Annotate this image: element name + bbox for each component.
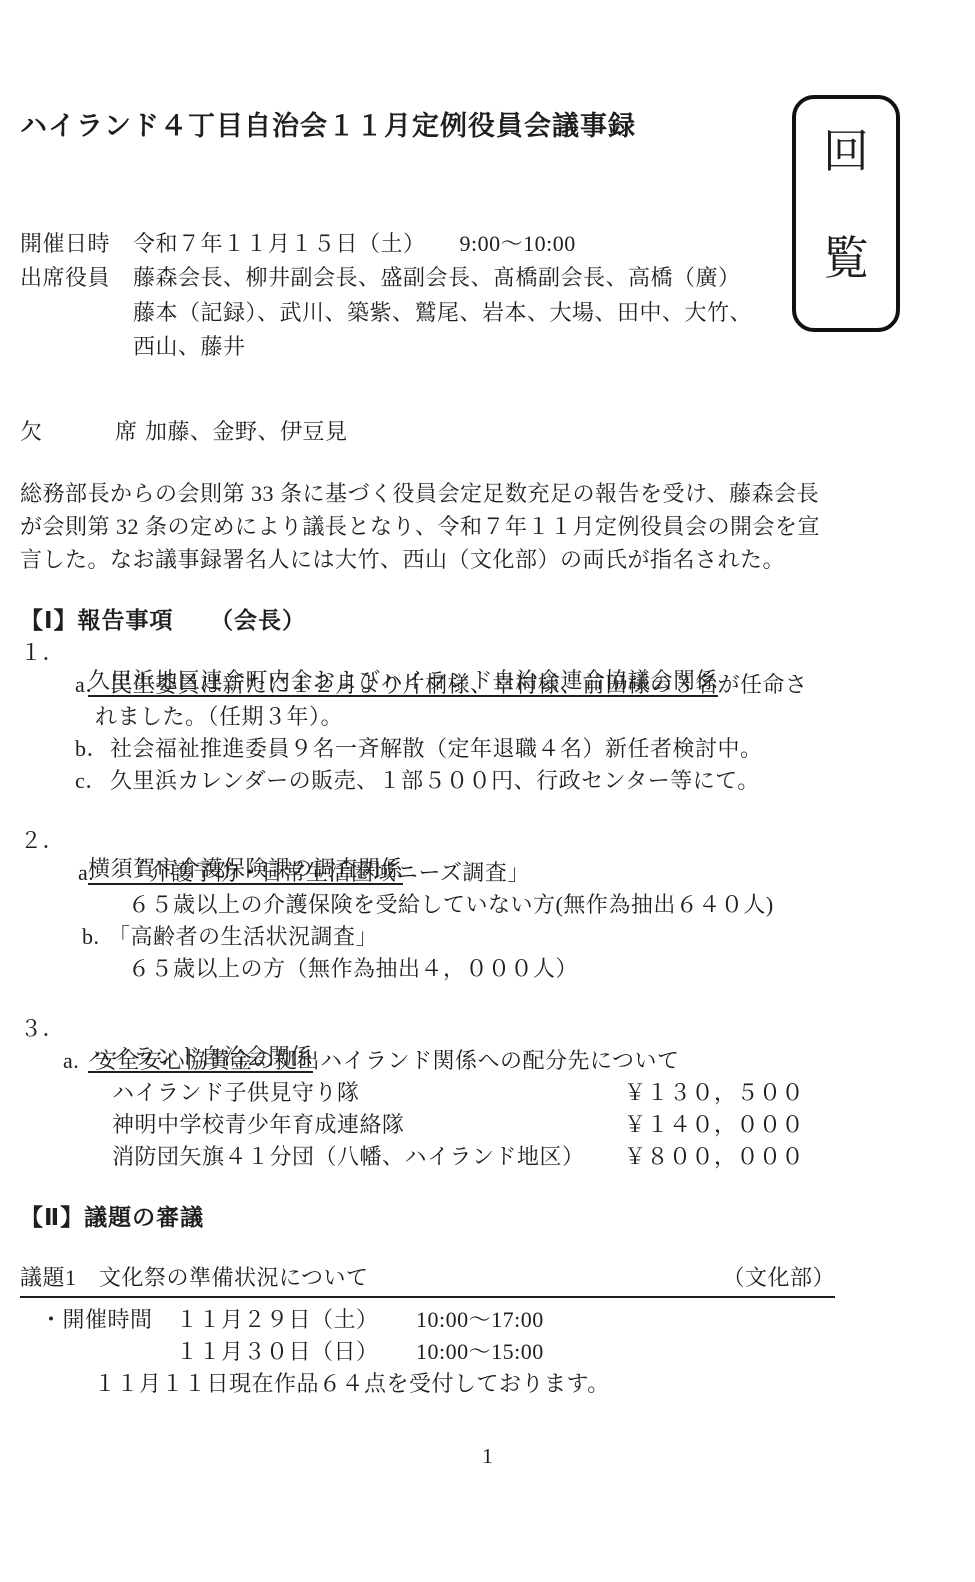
meeting-datetime-value: 令和７年１１月１５日（土） 9:00～10:00 [133, 230, 576, 258]
allocation-2-name: 神明中学校青少年育成連絡隊 [112, 1111, 405, 1139]
report-item2-number: ２． [20, 827, 65, 855]
report-item1a-continuation: れました。（任期３年）。 [95, 703, 343, 731]
report-item3a-marker: a. [63, 1047, 79, 1075]
report-item2b-marker: b. [82, 923, 100, 951]
report-item2b-text: 「高齢者の生活状況調査」 [108, 923, 378, 951]
agenda-topic1-title: 議題1 文化祭の準備状況について [20, 1264, 369, 1296]
report-item2a-marker: a. [78, 859, 94, 887]
absent-label-second-char: 席 [115, 418, 137, 446]
report-section-heading: 【Ⅰ】報告事項 （会長） [20, 606, 306, 634]
opening-paragraph-line-3: 言した。なお議事録署名人には大竹、西山（文化部）の両氏が指名された。 [20, 546, 785, 574]
report-item1b-marker: b． [75, 735, 109, 763]
report-item1b-text: 社会福祉推進委員９名一斉解散（定年退職４名）新任者検討中。 [110, 735, 763, 763]
allocation-2-amount: ￥１４０，０００ [624, 1111, 804, 1139]
report-item1c-text: 久里浜カレンダーの販売、１部５００円、行政センター等にて。 [110, 767, 760, 795]
schedule-note: １１月１１日現在作品６４点を受付しております。 [94, 1370, 610, 1398]
agenda-section-heading: 【Ⅱ】議題の審議 [20, 1203, 204, 1231]
report-item1a-text: 民生委員は新たに１２月より片桐様、幸村様、前田様の３名が任命さ [110, 671, 808, 699]
meeting-datetime-label: 開催日時 [20, 230, 110, 258]
report-item1c-marker: c． [75, 767, 108, 795]
minutes-document-page: ハイランド４丁目自治会１１月定例役員会議事録 回 覧 開催日時 令和７年１１月１… [0, 0, 975, 1582]
opening-paragraph-line-2: が会則第 32 条の定めにより議長となり、令和７年１１月定例役員会の開会を宣 [20, 513, 820, 541]
allocation-3-amount: ￥８００，０００ [624, 1143, 804, 1171]
stamp-char-top: 回 [823, 129, 869, 175]
agenda-topic1-owner: （文化部） [722, 1264, 835, 1296]
schedule-1-time: 10:00～17:00 [416, 1306, 544, 1334]
report-item3-number: ３． [20, 1015, 65, 1043]
report-item2a-text: 「介護予防・日常生活圏域ニーズ調査」 [126, 859, 530, 887]
absent-names: 加藤、金野、伊豆見 [145, 418, 348, 446]
report-item2a-continuation: ６５歳以上の介護保険を受給していない方(無作為抽出６４０人) [128, 891, 774, 919]
report-item1-number: １． [20, 639, 65, 667]
report-item3a-text: 安全安心協賛金の拠出ハイランド関係への配分先について [95, 1047, 680, 1075]
absent-label-first-char: 欠 [20, 418, 42, 446]
report-item1a-marker: a． [75, 671, 108, 699]
page-title: ハイランド４丁目自治会１１月定例役員会議事録 [20, 112, 636, 140]
allocation-3-name: 消防団矢旗４１分団（八幡、ハイランド地区） [112, 1143, 585, 1171]
schedule-2-time: 10:00～15:00 [416, 1338, 544, 1366]
attendees-line-2: 藤本（記録）、武川、築紫、鷲尾、岩本、大場、田中、大竹、 [133, 299, 752, 327]
attendees-line-3: 西山、藤井 [133, 333, 246, 361]
attendees-line-1: 藤森会長、柳井副会長、盛副会長、髙橋副会長、高橋（廣） [133, 264, 741, 292]
schedule-2-date: １１月３０日（日） [176, 1338, 379, 1366]
kairan-stamp: 回 覧 [792, 95, 900, 332]
attendees-label: 出席役員 [20, 264, 110, 292]
opening-paragraph-line-1: 総務部長からの会則第 33 条に基づく役員会定足数充足の報告を受け、藤森会長 [20, 480, 819, 508]
allocation-1-name: ハイランド子供見守り隊 [112, 1079, 360, 1107]
allocation-1-amount: ￥１３０，５００ [624, 1079, 804, 1107]
absent-label: 欠 席 [20, 418, 137, 446]
schedule-label: ・開催時間 [40, 1306, 153, 1334]
stamp-char-bottom: 覧 [823, 236, 869, 282]
schedule-1-date: １１月２９日（土） [176, 1306, 379, 1334]
report-item2b-continuation: ６５歳以上の方（無作為抽出４，０００人） [128, 955, 578, 983]
agenda-topic1-row: 議題1 文化祭の準備状況について （文化部） [20, 1264, 835, 1298]
page-number: 1 [0, 1444, 975, 1469]
